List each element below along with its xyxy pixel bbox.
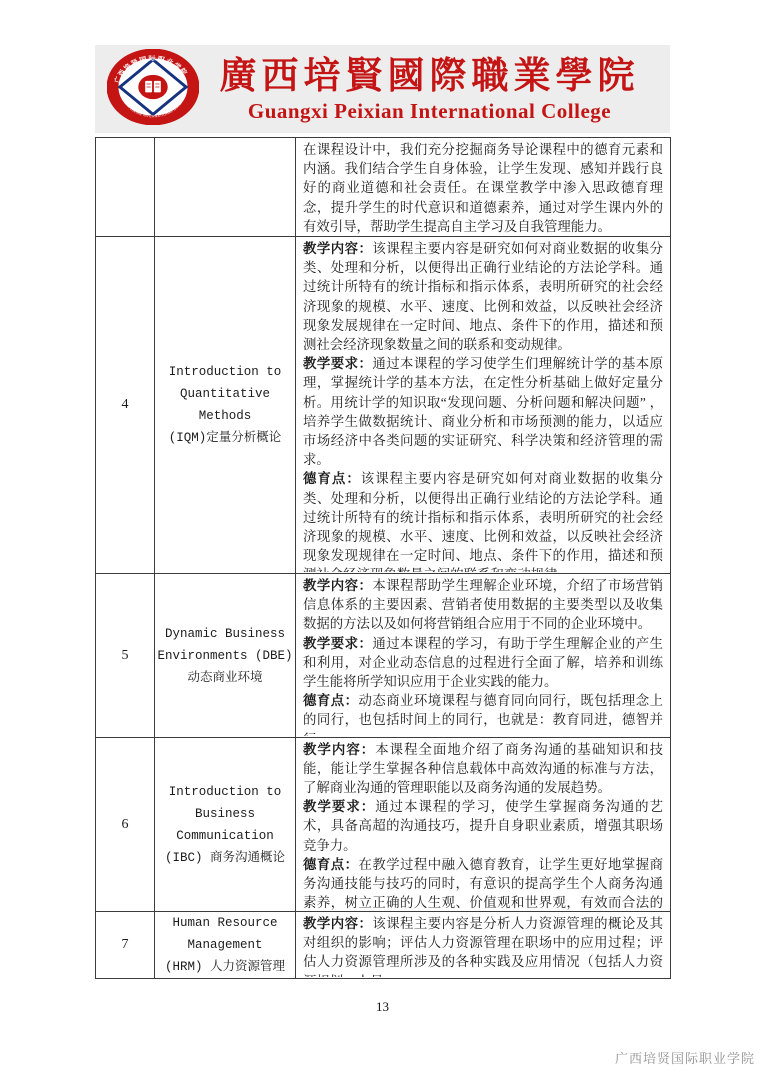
course-name: Human Resource Management (HRM) 人力资源管理 bbox=[155, 912, 296, 979]
moral-education-paragraph: 在课程设计中，我们充分挖掘商务导论课程中的德育元素和内涵。我们结合学生自身体验，… bbox=[303, 140, 663, 235]
course-description: 教学内容：本课程帮助学生理解企业环境，介绍了市场营销信息体系的主要因素、营销者使… bbox=[296, 574, 671, 738]
course-number: 4 bbox=[96, 237, 155, 574]
course-description: 教学内容：该课程主要内容是分析人力资源管理的概论及其对组织的影响；评估人力资源管… bbox=[296, 912, 671, 979]
page-number: 13 bbox=[95, 999, 670, 1015]
course-number: 5 bbox=[96, 574, 155, 738]
college-name-english: Guangxi Peixian International College bbox=[199, 99, 660, 123]
course-number: 7 bbox=[96, 912, 155, 979]
course-name: Introduction to Business Communication (… bbox=[155, 738, 296, 912]
course-number: 6 bbox=[96, 738, 155, 912]
course-name: Dynamic Business Environments (DBE) 动态商业… bbox=[155, 574, 296, 738]
course-name: Introduction to Quantitative Methods (IQ… bbox=[155, 237, 296, 574]
course-name bbox=[155, 138, 296, 237]
footer-watermark: 广西培贤国际职业学院 bbox=[615, 1048, 755, 1067]
college-names: 廣西培賢國際職業學院 Guangxi Peixian International… bbox=[199, 55, 670, 123]
moral-education-paragraph: 德育点：在教学过程中融入德育教育，让学生更好地掌握商务沟通技能与技巧的同时，有意… bbox=[303, 855, 663, 911]
course-description: 教学内容：该课程主要内容是研究如何对商业数据的收集分类、处理和分析，以便得出正确… bbox=[296, 237, 671, 574]
table-row-course-6: 6 Introduction to Business Communication… bbox=[96, 738, 671, 912]
college-name-chinese: 廣西培賢國際職業學院 bbox=[199, 55, 660, 99]
table-row-course-4: 4 Introduction to Quantitative Methods (… bbox=[96, 237, 671, 574]
college-header: 广西培贤国际职业学院 GUANGXI PEIXIAN INTERNATIONAL… bbox=[95, 45, 670, 133]
teaching-requirement-paragraph: 教学要求：通过本课程的学习，使学生掌握商务沟通的艺术，具备高超的沟通技巧，提升自… bbox=[303, 797, 663, 855]
course-description: 教学内容：本课程全面地介绍了商务沟通的基础知识和技能，能让学生掌握各种信息载体中… bbox=[296, 738, 671, 912]
moral-education-paragraph: 德育点：该课程主要内容是研究如何对商业数据的收集分类、处理和分析，以便得出正确行… bbox=[303, 469, 663, 572]
course-description: 在课程设计中，我们充分挖掘商务导论课程中的德育元素和内涵。我们结合学生自身体验，… bbox=[296, 138, 671, 237]
college-seal-icon: 广西培贤国际职业学院 GUANGXI PEIXIAN INTERNATIONAL… bbox=[107, 49, 199, 125]
moral-education-paragraph: 德育点：动态商业环境课程与德育同向同行，既包括理念上的同行，也包括时间上的同行，… bbox=[303, 691, 663, 736]
course-description-table: 在课程设计中，我们充分挖掘商务导论课程中的德育元素和内涵。我们结合学生自身体验，… bbox=[95, 137, 671, 979]
course-number bbox=[96, 138, 155, 237]
table-row-continuation: 在课程设计中，我们充分挖掘商务导论课程中的德育元素和内涵。我们结合学生自身体验，… bbox=[96, 138, 671, 237]
teaching-content-paragraph: 教学内容：本课程帮助学生理解企业环境，介绍了市场营销信息体系的主要因素、营销者使… bbox=[303, 576, 663, 634]
teaching-content-paragraph: 教学内容：本课程全面地介绍了商务沟通的基础知识和技能，能让学生掌握各种信息载体中… bbox=[303, 740, 663, 798]
table-row-course-7: 7 Human Resource Management (HRM) 人力资源管理… bbox=[96, 912, 671, 979]
teaching-requirement-paragraph: 教学要求：通过本课程的学习使学生们理解统计学的基本原理，掌握统计学的基本方法，在… bbox=[303, 354, 663, 469]
teaching-content-paragraph: 教学内容：该课程主要内容是研究如何对商业数据的收集分类、处理和分析，以便得出正确… bbox=[303, 239, 663, 354]
teaching-content-paragraph: 教学内容：该课程主要内容是分析人力资源管理的概论及其对组织的影响；评估人力资源管… bbox=[303, 914, 663, 977]
table-row-course-5: 5 Dynamic Business Environments (DBE) 动态… bbox=[96, 574, 671, 738]
teaching-requirement-paragraph: 教学要求：通过本课程的学习，有助于学生理解企业的产生和利用，对企业动态信息的过程… bbox=[303, 634, 663, 692]
college-logo: 广西培贤国际职业学院 GUANGXI PEIXIAN INTERNATIONAL… bbox=[107, 49, 199, 130]
